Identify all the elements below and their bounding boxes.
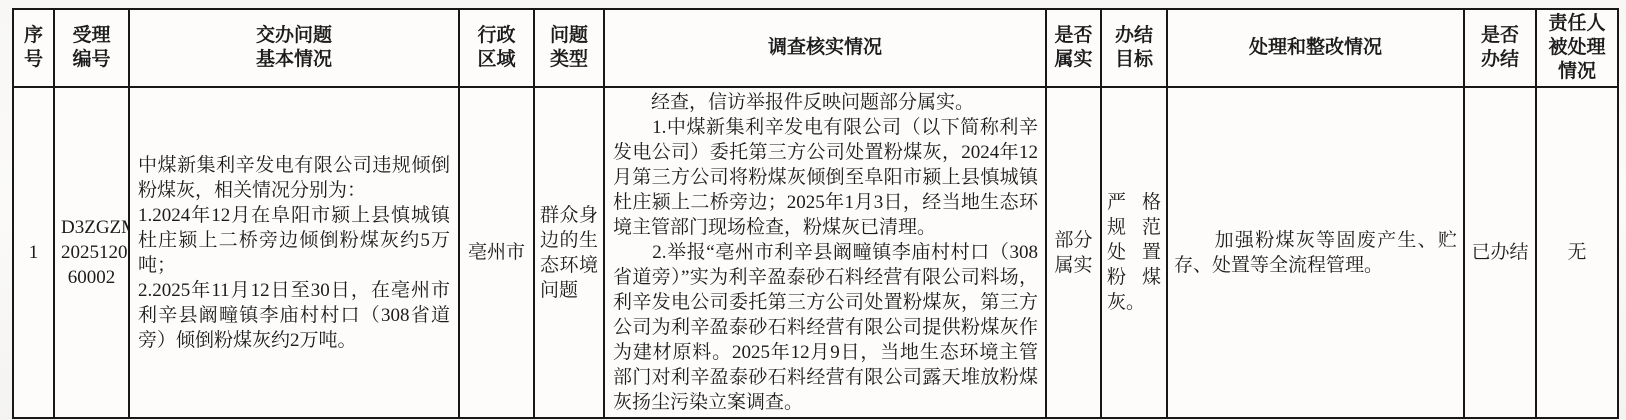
cell-goal: 严格规范处置粉煤灰。	[1101, 87, 1167, 418]
cell-problem-type: 群众身边的生态环境问题	[534, 87, 604, 418]
cell-accountability: 无	[1536, 87, 1618, 418]
col-header-serial: 序 号	[13, 9, 54, 87]
table-header-row: 序 号 受理 编号 交办问题 基本情况 行政 区域 问题 类型 调查核实情况 是…	[13, 9, 1618, 87]
col-header-is-verified: 是否 属实	[1046, 9, 1101, 87]
col-header-rectification: 处理和整改情况	[1167, 9, 1464, 87]
cell-case-no: D3ZGZM 2025120 60002	[54, 87, 129, 418]
cell-is-completed: 已办结	[1464, 87, 1536, 418]
cell-investigation: 经查，信访举报件反映问题部分属实。 1.中煤新集利辛发电有限公司（以下简称利辛发…	[604, 87, 1046, 418]
cell-is-verified: 部分属实	[1046, 87, 1101, 418]
cell-rectification: 加强粉煤灰等固废产生、贮存、处置等全流程管理。	[1167, 87, 1464, 418]
petition-handling-table: 序 号 受理 编号 交办问题 基本情况 行政 区域 问题 类型 调查核实情况 是…	[12, 8, 1619, 419]
table-row: 1 D3ZGZM 2025120 60002 中煤新集利辛发电有限公司违规倾倒粉…	[13, 87, 1618, 418]
col-header-goal: 办结 目标	[1101, 9, 1167, 87]
col-header-investigation: 调查核实情况	[604, 9, 1046, 87]
cell-problem: 中煤新集利辛发电有限公司违规倾倒粉煤灰，相关情况分别为： 1.2024年12月在…	[129, 87, 459, 418]
scanned-report-page: 序 号 受理 编号 交办问题 基本情况 行政 区域 问题 类型 调查核实情况 是…	[0, 0, 1626, 420]
col-header-problem: 交办问题 基本情况	[129, 9, 459, 87]
col-header-problem-type: 问题 类型	[534, 9, 604, 87]
cell-serial: 1	[13, 87, 54, 418]
col-header-region: 行政 区域	[459, 9, 534, 87]
cell-region: 亳州市	[459, 87, 534, 418]
col-header-case-no: 受理 编号	[54, 9, 129, 87]
col-header-is-completed: 是否 办结	[1464, 9, 1536, 87]
col-header-accountability: 责任人 被处理 情况	[1536, 9, 1618, 87]
